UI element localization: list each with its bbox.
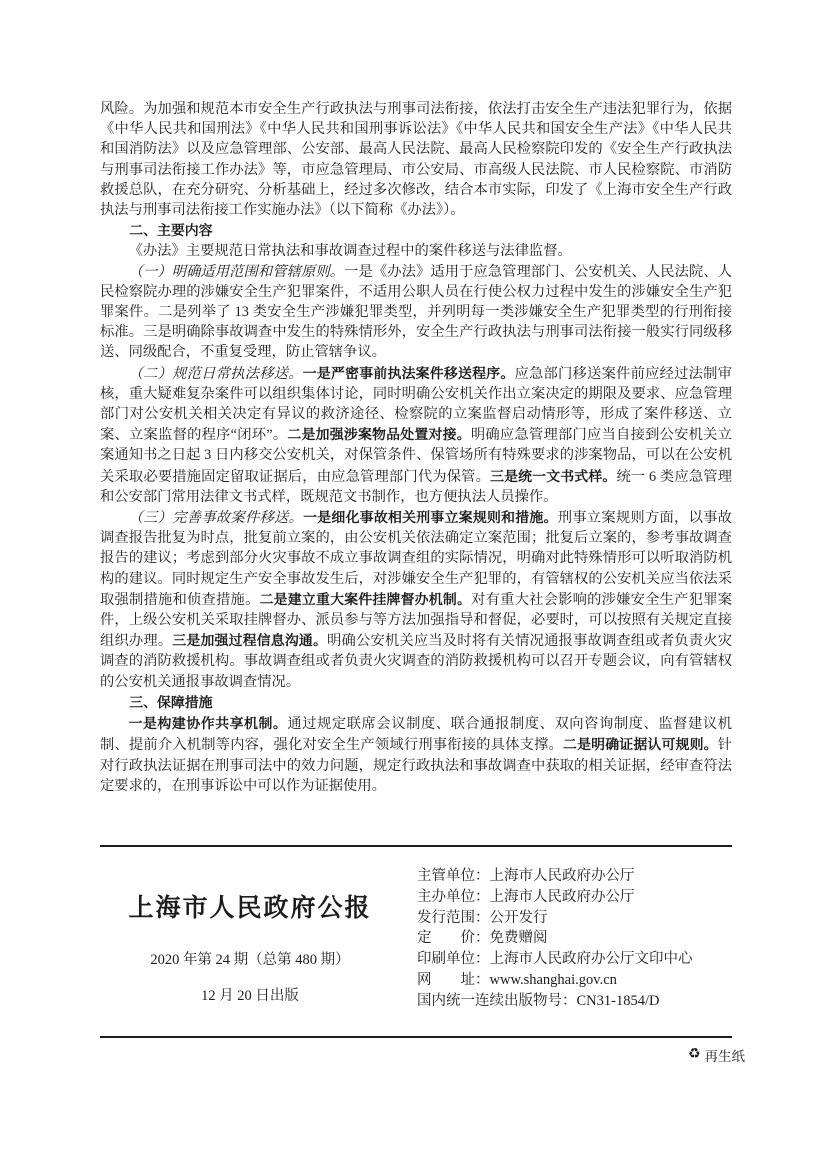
publication-info-row: 网 址：www.shanghai.gov.cn [417,970,693,991]
publication-info-row: 印刷单位：上海市人民政府办公厅文印中心 [417,949,693,970]
text-segment: 风险。为加强和规范本市安全生产行政执法与刑事司法衔接，依法打击安全生产违法犯罪行… [100,101,732,218]
info-value: 公开发行 [490,910,548,926]
gazette-page: 风险。为加强和规范本市安全生产行政执法与刑事司法衔接，依法打击安全生产违法犯罪行… [0,0,827,1170]
paragraph-safeguards: 一是构建协作共享机制。通过规定联席会议制度、联合通报制度、双向咨询制度、监督建议… [100,713,732,796]
bold-lead-phrase: 三是统一文书式样。 [490,468,616,484]
recycle-icon: ♻ [688,1048,701,1062]
colophon-bottom-rule [100,1036,732,1038]
info-value: CN31-1854/D [577,993,660,1009]
info-label: 主办单位： [417,889,490,905]
article-body: 风险。为加强和规范本市安全生产行政执法与刑事司法衔接，依法打击安全生产违法犯罪行… [100,99,732,796]
info-label: 网 址： [417,972,490,988]
kai-subsection-title: （一）明确适用范围和管辖原则。 [129,264,345,280]
paragraph-item-3: （三）完善事故案件移送。一是细化事故相关刑事立案规则和措施。刑事立案规则方面，以… [100,507,732,692]
issue-number-line: 2020 年第 24 期（总第 480 期） [100,948,400,969]
bold-lead-phrase: 二是明确证据认可规则。 [563,736,718,752]
text-segment: 《办法》主要规范日常执法和事故调查过程中的案件移送与法律监督。 [129,243,572,259]
bold-lead-phrase: 三、保障措施 [129,694,212,710]
publish-date-line: 12 月 20 日出版 [100,984,400,1005]
publication-info-row: 主管单位：上海市人民政府办公厅 [417,866,693,887]
info-label: 主管单位： [417,868,490,884]
colophon: 上海市人民政府公报 2020 年第 24 期（总第 480 期） 12 月 20… [100,860,732,1012]
info-value: 免费赠阅 [490,930,548,946]
section-heading-safeguards: 三、保障措施 [100,692,732,713]
info-label: 定 价： [417,930,490,946]
paragraph-overview: 《办法》主要规范日常执法和事故调查过程中的案件移送与法律监督。 [100,241,732,261]
publication-info-row: 主办单位：上海市人民政府办公厅 [417,887,693,908]
kai-subsection-title: （二）规范日常执法移送。 [129,366,303,382]
info-value: www.shanghai.gov.cn [490,972,617,988]
bold-lead-phrase: 二是建立重大案件挂牌督办机制。 [260,591,472,607]
recycled-paper-label: 再生纸 [705,1045,746,1065]
section-heading-main-content: 二、主要内容 [100,220,732,241]
continuation-paragraph: 风险。为加强和规范本市安全生产行政执法与刑事司法衔接，依法打击安全生产违法犯罪行… [100,99,732,220]
bold-lead-phrase: 一是细化事故相关刑事立案规则和措施。 [303,509,558,525]
info-value: 上海市人民政府办公厅 [490,868,635,884]
bold-lead-phrase: 三是加强过程信息沟通。 [172,632,327,648]
bold-lead-phrase: 二、主要内容 [129,222,212,238]
gazette-title: 上海市人民政府公报 [100,888,400,924]
colophon-top-rule [100,845,732,847]
info-label: 国内统一连续出版物号： [417,993,577,1009]
paragraph-item-2: （二）规范日常执法移送。一是严密事前执法案件移送程序。应急部门移送案件前应经过法… [100,363,732,507]
info-value: 上海市人民政府办公厅文印中心 [490,951,693,967]
publication-info-list: 主管单位：上海市人民政府办公厅主办单位：上海市人民政府办公厅发行范围：公开发行定… [417,860,693,1012]
info-label: 发行范围： [417,910,490,926]
publication-info-row: 定 价：免费赠阅 [417,928,693,949]
publication-info-row: 国内统一连续出版物号：CN31-1854/D [417,991,693,1012]
recycled-paper-note: ♻ 再生纸 [688,1045,745,1065]
gazette-masthead: 上海市人民政府公报 2020 年第 24 期（总第 480 期） 12 月 20… [100,860,400,1012]
bold-lead-phrase: 一是严密事前执法案件移送程序。 [303,365,515,381]
info-label: 印刷单位： [417,951,490,967]
kai-subsection-title: （三）完善事故案件移送。 [129,510,304,526]
bold-lead-phrase: 一是构建协作共享机制。 [129,715,288,731]
publication-info-row: 发行范围：公开发行 [417,908,693,929]
info-value: 上海市人民政府办公厅 [490,889,635,905]
paragraph-item-1: （一）明确适用范围和管辖原则。一是《办法》适用于应急管理部门、公安机关、人民法院… [100,262,732,363]
bold-lead-phrase: 二是加强涉案物品处置对接。 [287,426,470,442]
